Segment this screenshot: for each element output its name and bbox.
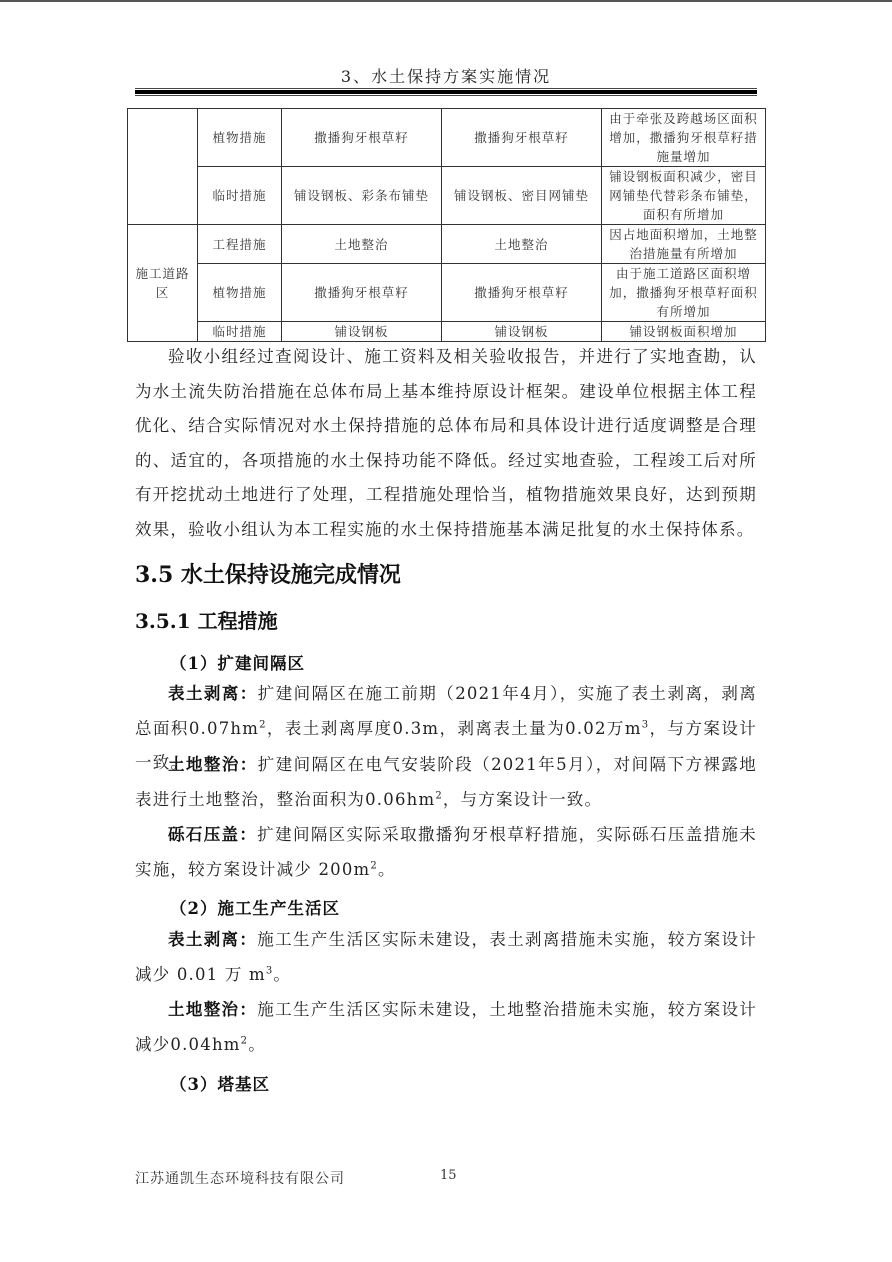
running-header: 3、水土保持方案实施情况 <box>135 64 757 87</box>
paragraph-text: ，与方案设计一致。 <box>443 790 602 809</box>
table-cell-reason: 铺设钢板面积增加 <box>602 322 766 342</box>
table-cell-actual: 铺设钢板、密目网铺垫 <box>442 167 602 225</box>
paragraph-label: 砾石压盖： <box>168 825 257 844</box>
table-cell-plan: 撒播狗牙根草籽 <box>282 264 442 322</box>
table-cell-plan: 铺设钢板、彩条布铺垫 <box>282 167 442 225</box>
paragraph-label: 表土剥离： <box>168 684 258 703</box>
table-cell-reason: 铺设钢板面积减少，密目网铺垫代替彩条布铺垫，面积有所增加 <box>602 167 766 225</box>
paragraph-topsoil-stripping-2: 表土剥离：施工生产生活区实际未建设，表土剥离措施未实施，较方案设计减少 0.01… <box>135 923 757 992</box>
paragraph-label: 土地整治： <box>168 755 258 774</box>
paragraph-text: 。 <box>273 965 291 984</box>
subsection-title-3: （3）塔基区 <box>170 1071 270 1095</box>
paragraph-text: ，表土剥离厚度0.3m，剥离表土量为0.02万m <box>267 719 642 738</box>
table-cell-type: 临时措施 <box>198 322 282 342</box>
table-cell-actual: 撒播狗牙根草籽 <box>442 264 602 322</box>
paragraph-gravel-cover-1: 砾石压盖：扩建间隔区实际采取撒播狗牙根草籽措施，实际砾石压盖措施未实施，较方案设… <box>135 818 757 887</box>
section-heading-3-5: 3.5 水土保持设施完成情况 <box>135 558 401 589</box>
table-cell-area <box>128 109 198 225</box>
header-rule-thick <box>135 90 757 94</box>
header-rule-thin-top <box>135 88 757 89</box>
paragraph-land-rehab-2: 土地整治：施工生产生活区实际未建设，土地整治措施未实施，较方案设计减少0.04h… <box>135 993 757 1062</box>
table-cell-actual: 铺设钢板 <box>442 322 602 342</box>
paragraph-label: 表土剥离： <box>168 930 257 949</box>
table-row: 临时措施 铺设钢板、彩条布铺垫 铺设钢板、密目网铺垫 铺设钢板面积减少，密目网铺… <box>128 167 766 225</box>
table-cell-reason: 因占地面积增加，土地整治措施量有所增加 <box>602 225 766 264</box>
table-cell-plan: 铺设钢板 <box>282 322 442 342</box>
table-cell-type: 植物措施 <box>198 109 282 167</box>
summary-paragraph: 验收小组经过查阅设计、施工资料及相关验收报告，并进行了实地查勘，认为水土流失防治… <box>135 340 757 547</box>
table-cell-area: 施工道路区 <box>128 225 198 342</box>
table-row: 施工道路区 工程措施 土地整治 土地整治 因占地面积增加，土地整治措施量有所增加 <box>128 225 766 264</box>
subsection-title-2: （2）施工生产生活区 <box>170 895 340 919</box>
table-cell-plan: 撒播狗牙根草籽 <box>282 109 442 167</box>
table-cell-actual: 土地整治 <box>442 225 602 264</box>
paragraph-text: 。 <box>248 1035 266 1054</box>
superscript: 2 <box>259 719 267 730</box>
paragraph-land-rehab-1: 土地整治：扩建间隔区在电气安装阶段（2021年5月），对间隔下方裸露地表进行土地… <box>135 748 757 817</box>
table-cell-reason: 由于牵张及跨越场区面积增加，撒播狗牙根草籽措施量增加 <box>602 109 766 167</box>
table-cell-plan: 土地整治 <box>282 225 442 264</box>
page-number: 15 <box>440 1168 457 1183</box>
footer-company: 江苏通凯生态环境科技有限公司 <box>135 1168 345 1188</box>
superscript: 2 <box>435 790 443 801</box>
table-cell-type: 植物措施 <box>198 264 282 322</box>
measures-comparison-table: 植物措施 撒播狗牙根草籽 撒播狗牙根草籽 由于牵张及跨越场区面积增加，撒播狗牙根… <box>127 108 766 342</box>
table-row: 植物措施 撒播狗牙根草籽 撒播狗牙根草籽 由于牵张及跨越场区面积增加，撒播狗牙根… <box>128 109 766 167</box>
table-cell-actual: 撒播狗牙根草籽 <box>442 109 602 167</box>
paragraph-label: 土地整治： <box>168 1000 257 1019</box>
table-cell-type: 工程措施 <box>198 225 282 264</box>
subsection-title-1: （1）扩建间隔区 <box>170 650 305 674</box>
table-cell-reason: 由于施工道路区面积增加，撒播狗牙根草籽面积有所增加 <box>602 264 766 322</box>
superscript: 2 <box>370 860 378 871</box>
table-row: 植物措施 撒播狗牙根草籽 撒播狗牙根草籽 由于施工道路区面积增加，撒播狗牙根草籽… <box>128 264 766 322</box>
table-cell-type: 临时措施 <box>198 167 282 225</box>
paragraph-text: 。 <box>378 860 396 879</box>
header-rule-thin-bottom <box>135 95 757 96</box>
section-heading-3-5-1: 3.5.1 工程措施 <box>135 605 278 634</box>
page-top-edge <box>0 0 892 2</box>
table-row: 临时措施 铺设钢板 铺设钢板 铺设钢板面积增加 <box>128 322 766 342</box>
